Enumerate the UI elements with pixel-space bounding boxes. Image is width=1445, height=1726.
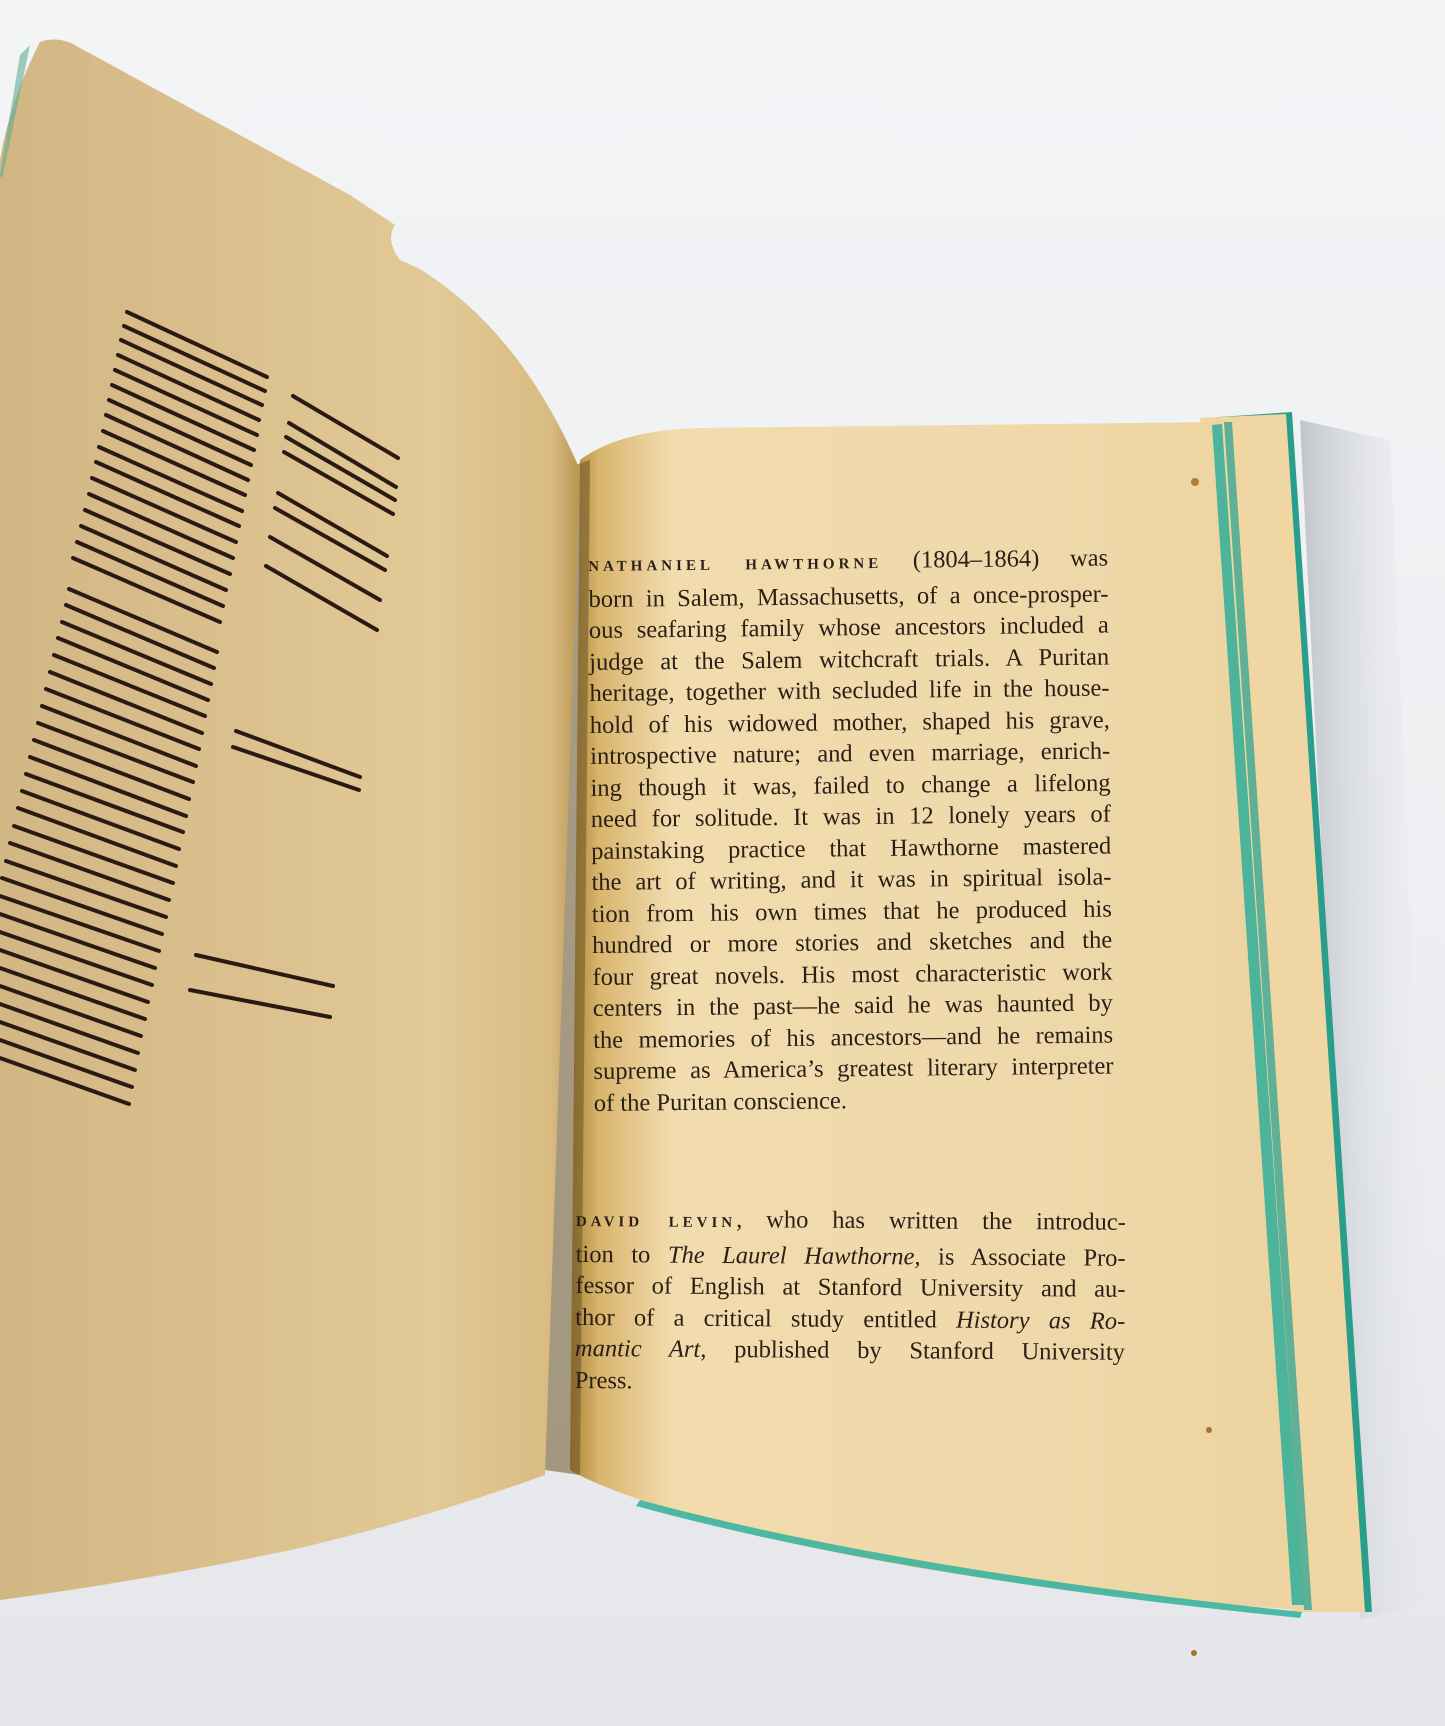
bio-line: hundred or more stories and sketches and… xyxy=(592,925,1112,962)
bio-line: supreme as America’s greatest literary i… xyxy=(593,1051,1113,1088)
book-photo: Nathaniel Hawthorne (1804–1864) was born… xyxy=(0,0,1445,1726)
bio-line-1: Nathaniel Hawthorne (1804–1864) was xyxy=(588,543,1108,584)
stain-spot xyxy=(1191,478,1199,486)
left-page xyxy=(0,40,580,1600)
book-title-history-as-romantic-art: History as Ro- xyxy=(956,1306,1125,1334)
bio-line: centers in the past—he said he was haunt… xyxy=(593,988,1113,1025)
bio-line: of the Puritan conscience. xyxy=(594,1082,1114,1119)
author-name-levin: David Levin xyxy=(576,1214,736,1231)
book-title-laurel-hawthorne: The Laurel Hawthorne, xyxy=(668,1241,921,1270)
levin-line-4: thor of a critical study entitled Histor… xyxy=(575,1301,1125,1336)
levin-line-3: fessor of English at Stanford University… xyxy=(575,1270,1125,1305)
bio-line: introspective nature; and even marriage,… xyxy=(590,736,1110,773)
bio-line: the art of writing, and it was in spirit… xyxy=(591,862,1111,899)
levin-line-6: Press. xyxy=(575,1364,1125,1399)
levin-line-1: David Levin, who has written the introdu… xyxy=(576,1203,1126,1242)
author-name-hawthorne: Nathaniel Hawthorne xyxy=(588,556,882,575)
hawthorne-bio: Nathaniel Hawthorne (1804–1864) was born… xyxy=(588,543,1114,1119)
levin-line-2: tion to The Laurel Hawthorne, is Associa… xyxy=(576,1238,1126,1273)
levin-line-5: mantic Art, published by Stanford Univer… xyxy=(575,1333,1125,1368)
levin-bio: David Levin, who has written the introdu… xyxy=(575,1203,1126,1400)
bio-line: heritage, together with secluded life in… xyxy=(589,673,1109,710)
bio-line: ous seafaring family whose ancestors inc… xyxy=(589,610,1109,647)
bio-line: need for solitude. It was in 12 lonely y… xyxy=(591,799,1111,836)
